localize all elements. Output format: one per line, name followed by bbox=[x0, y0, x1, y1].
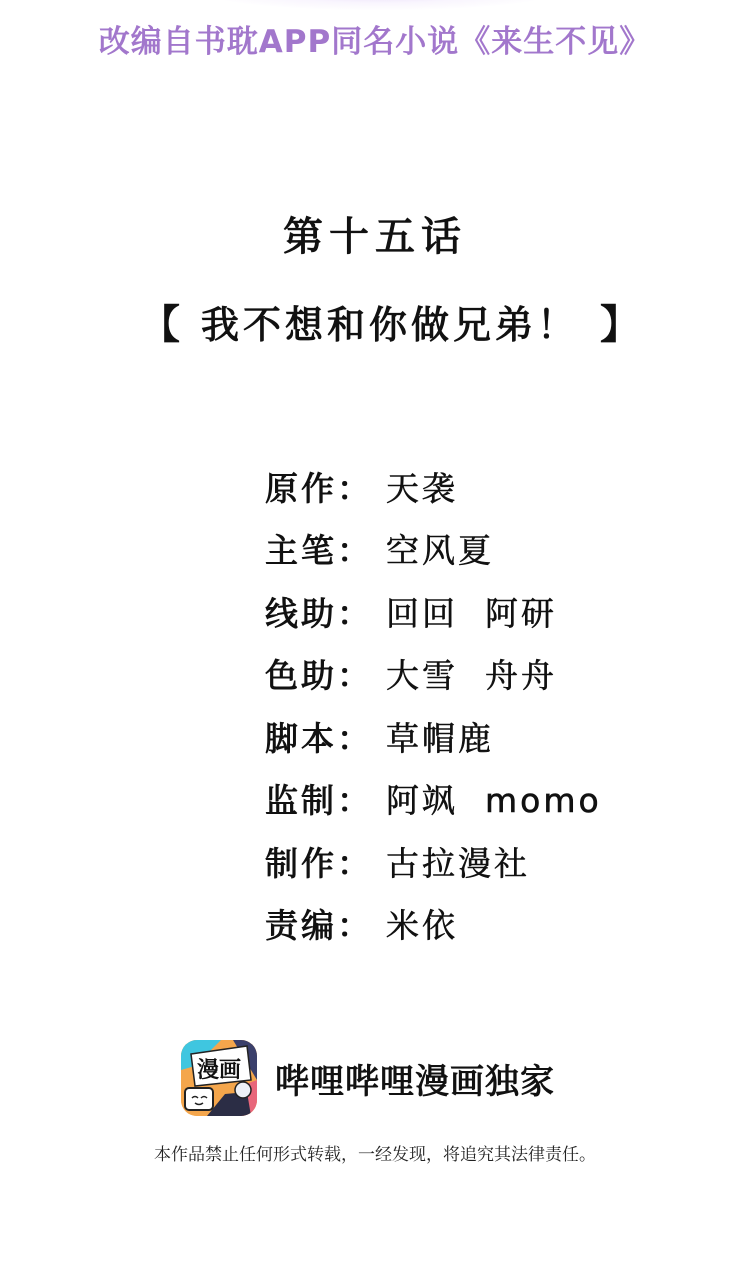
credit-role: 监制 bbox=[265, 775, 337, 822]
chapter-title-text: 我不想和你做兄弟！ bbox=[201, 294, 579, 349]
credit-row-lead-artist: 主笔：空风夏 bbox=[265, 518, 665, 581]
footer-brand: 漫画 哔哩哔哩漫画独家 bbox=[181, 1040, 555, 1116]
credit-colon: ： bbox=[337, 588, 370, 635]
bilibili-comics-app-icon: 漫画 bbox=[181, 1040, 257, 1116]
credit-row-supervisor: 监制：阿飒 momo bbox=[265, 768, 665, 831]
copyright-notice: 本作品禁止任何形式转载，一经发现，将追究其法律责任。 bbox=[0, 1140, 750, 1165]
credit-name: 大雪 舟舟 bbox=[386, 650, 557, 697]
credits-list: 原作：天袭 主笔：空风夏 线助：回回 阿研 色助：大雪 舟舟 脚本：草帽鹿 监制… bbox=[265, 455, 665, 955]
credit-colon: ： bbox=[337, 650, 370, 697]
credit-role: 色助 bbox=[265, 650, 337, 697]
credit-colon: ： bbox=[337, 900, 370, 947]
credit-name: 草帽鹿 bbox=[386, 713, 494, 760]
credit-name: 天袭 bbox=[386, 463, 458, 510]
credit-role: 责编 bbox=[265, 900, 337, 947]
top-decorative-glow bbox=[200, 0, 560, 10]
credit-role: 线助 bbox=[265, 588, 337, 635]
chapter-title: 【 我不想和你做兄弟！ 】 bbox=[140, 293, 640, 350]
credit-role: 制作 bbox=[265, 838, 337, 885]
chapter-number: 第十五话 bbox=[0, 205, 750, 262]
credit-name: 空风夏 bbox=[386, 525, 494, 572]
credit-row-editor: 责编：米依 bbox=[265, 893, 665, 956]
credit-role: 脚本 bbox=[265, 713, 337, 760]
credit-colon: ： bbox=[337, 775, 370, 822]
credit-row-line-assistant: 线助：回回 阿研 bbox=[265, 580, 665, 643]
credit-name: 古拉漫社 bbox=[386, 838, 530, 885]
credit-row-script: 脚本：草帽鹿 bbox=[265, 705, 665, 768]
credit-colon: ： bbox=[337, 713, 370, 760]
credit-colon: ： bbox=[337, 463, 370, 510]
credit-row-color-assistant: 色助：大雪 舟舟 bbox=[265, 643, 665, 706]
credit-role: 主笔 bbox=[265, 525, 337, 572]
bracket-close: 】 bbox=[600, 293, 640, 350]
credit-row-production: 制作：古拉漫社 bbox=[265, 830, 665, 893]
app-logo-graphic-icon: 漫画 bbox=[181, 1040, 257, 1116]
adaptation-banner: 改编自书耽APP同名小说《来生不见》 bbox=[0, 16, 750, 61]
credit-name: 米依 bbox=[386, 900, 458, 947]
credit-row-original-author: 原作：天袭 bbox=[265, 455, 665, 518]
credit-colon: ： bbox=[337, 838, 370, 885]
credit-role: 原作 bbox=[265, 463, 337, 510]
exclusive-label: 哔哩哔哩漫画独家 bbox=[275, 1054, 555, 1103]
credit-name: 回回 阿研 bbox=[386, 588, 557, 635]
logo-text: 漫画 bbox=[197, 1057, 241, 1083]
credit-colon: ： bbox=[337, 525, 370, 572]
credit-name: 阿飒 momo bbox=[386, 775, 602, 822]
bracket-open: 【 bbox=[140, 293, 180, 350]
